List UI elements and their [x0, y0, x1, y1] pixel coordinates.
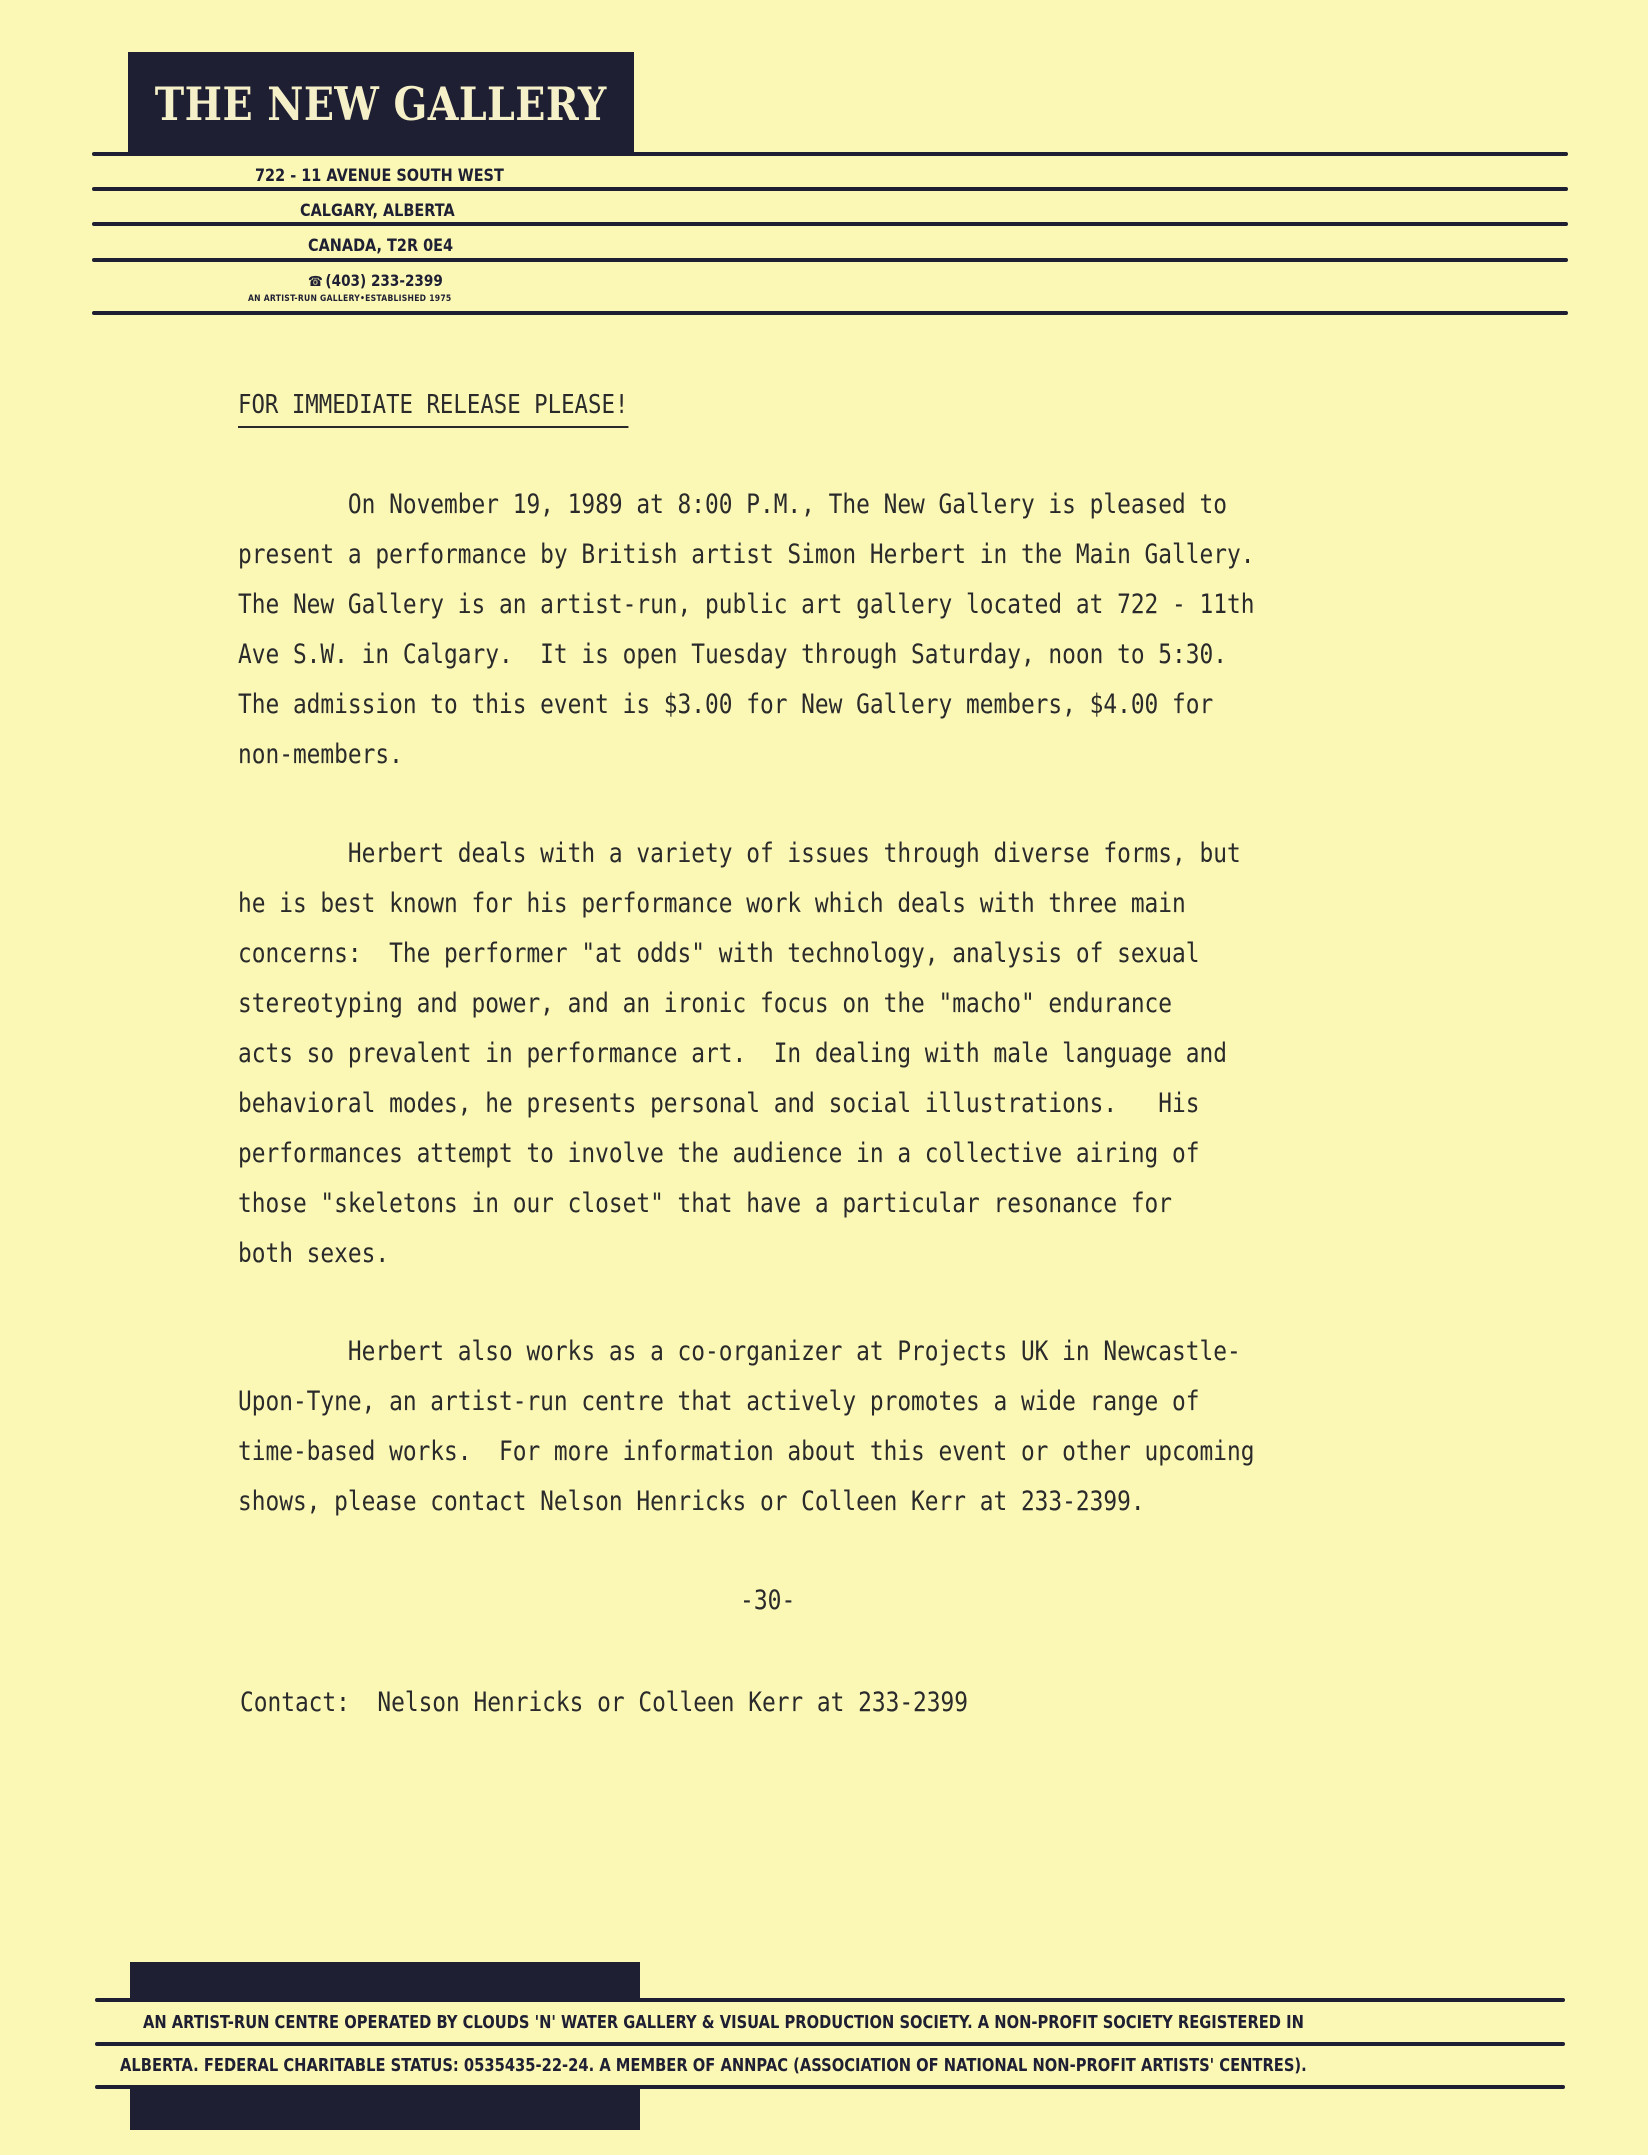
- paragraph-2: Herbert deals with a variety of issues t…: [238, 829, 1425, 1279]
- header-rule-2: [92, 187, 1568, 191]
- paragraph-line: shows, please contact Nelson Henricks or…: [238, 1477, 1254, 1527]
- address-street: 722 - 11 AVENUE SOUTH WEST: [255, 166, 504, 186]
- release-headline: FOR IMMEDIATE RELEASE PLEASE!: [238, 390, 628, 428]
- address-country: CANADA, T2R 0E4: [308, 236, 453, 256]
- paragraph-3: Herbert also works as a co-organizer at …: [238, 1327, 1441, 1527]
- header-rule-5: [92, 311, 1568, 315]
- paragraph-line: Ave S.W. in Calgary. It is open Tuesday …: [238, 630, 1254, 680]
- paragraph-line: acts so prevalent in performance art. In…: [238, 1029, 1241, 1079]
- paragraph-line: Herbert deals with a variety of issues t…: [238, 829, 1241, 879]
- paragraph-line: The New Gallery is an artist-run, public…: [238, 580, 1254, 630]
- paragraph-line: those "skeletons in our closet" that hav…: [238, 1179, 1241, 1229]
- paragraph-line: behavioral modes, he presents personal a…: [238, 1079, 1241, 1129]
- footer-block-bottom: [130, 2087, 640, 2130]
- paragraph-line: he is best known for his performance wor…: [238, 879, 1241, 929]
- contact-line: Contact: Nelson Henricks or Colleen Kerr…: [240, 1687, 968, 1718]
- paragraph-line: concerns: The performer "at odds" with t…: [238, 929, 1241, 979]
- header-rule-1: [92, 152, 1568, 156]
- paragraph-1: On November 19, 1989 at 8:00 P.M., The N…: [238, 480, 1441, 780]
- paragraph-line: The admission to this event is $3.00 for…: [238, 680, 1254, 730]
- footer-rule-1: [95, 1998, 1565, 2002]
- paragraph-line: non-members.: [238, 730, 1254, 780]
- paragraph-line: both sexes.: [238, 1229, 1241, 1279]
- phone-text: (403) 233-2399: [325, 271, 442, 290]
- footer-text-2: ALBERTA. FEDERAL CHARITABLE STATUS: 0535…: [120, 2056, 1307, 2076]
- phone-number: ☎(403) 233-2399: [308, 271, 443, 290]
- paragraph-line: On November 19, 1989 at 8:00 P.M., The N…: [238, 480, 1254, 530]
- paragraph-line: time-based works. For more information a…: [238, 1427, 1254, 1477]
- footer-rule-2: [95, 2042, 1565, 2046]
- footer-block-top: [130, 1962, 640, 2002]
- header-rule-4: [92, 258, 1568, 262]
- paragraph-line: Upon-Tyne, an artist-run centre that act…: [238, 1377, 1254, 1427]
- end-mark: -30-: [740, 1585, 795, 1616]
- telephone-icon: ☎: [308, 274, 323, 290]
- header-rule-3: [92, 222, 1568, 226]
- gallery-logo: THE NEW GALLERY: [128, 52, 634, 155]
- paragraph-line: stereotyping and power, and an ironic fo…: [238, 979, 1241, 1029]
- gallery-name: THE NEW GALLERY: [155, 77, 607, 131]
- address-city: CALGARY, ALBERTA: [300, 201, 455, 221]
- footer-text-1: AN ARTIST-RUN CENTRE OPERATED BY CLOUDS …: [143, 2013, 1304, 2033]
- paragraph-line: performances attempt to involve the audi…: [238, 1129, 1241, 1179]
- gallery-tagline: AN ARTIST-RUN GALLERY•ESTABLISHED 1975: [248, 294, 452, 304]
- paragraph-line: Herbert also works as a co-organizer at …: [238, 1327, 1254, 1377]
- paragraph-line: present a performance by British artist …: [238, 530, 1254, 580]
